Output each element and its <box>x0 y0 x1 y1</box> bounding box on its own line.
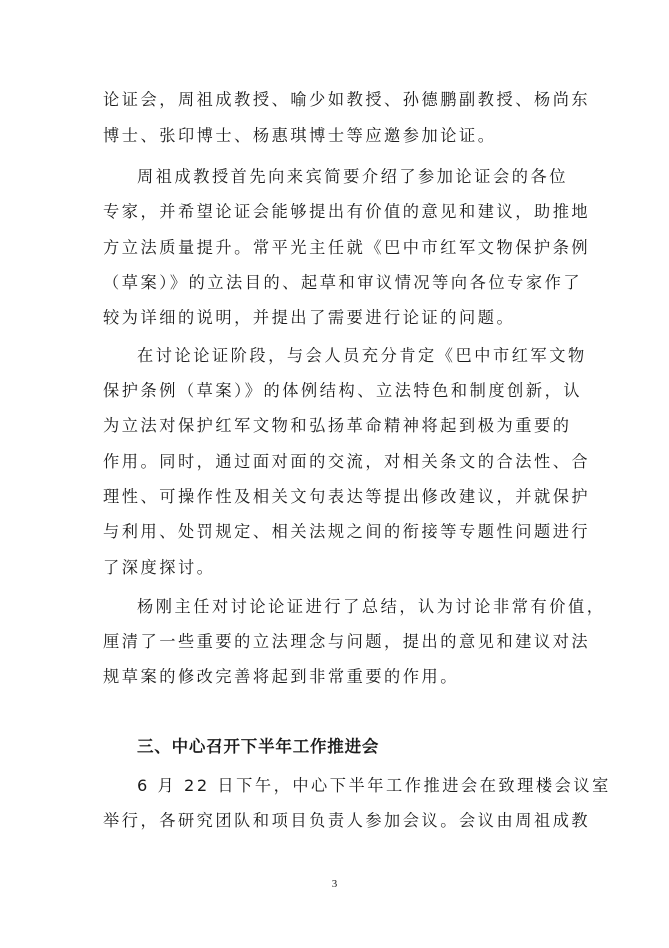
text-line: 举行，各研究团队和项目负责人参加会议。会议由周祖成教 <box>103 811 563 831</box>
text-line: 了深度探讨。 <box>103 558 563 578</box>
text-line: 杨刚主任对讨论论证进行了总结，认为讨论非常有价值， <box>137 597 597 617</box>
text-line: 博士、张印博士、杨惠琪博士等应邀参加论证。 <box>103 126 563 146</box>
text-line: 理性、可操作性及相关文句表达等提出修改建议，并就保护 <box>103 487 563 507</box>
text-line: 保护条例（草案）》的体例结构、立法特色和制度创新，认 <box>103 381 563 401</box>
document-page: 论证会，周祖成教授、喻少如教授、孙德鹏副教授、杨尚东博士、张印博士、杨惠琪博士等… <box>0 0 669 948</box>
text-line: 厘清了一些重要的立法理念与问题，提出的意见和建议对法 <box>103 632 563 652</box>
text-line: 规草案的修改完善将起到非常重要的作用。 <box>103 667 563 687</box>
page-number: 3 <box>0 878 669 890</box>
text-line: 与利用、处罚规定、相关法规之间的衔接等专题性问题进行 <box>103 522 563 542</box>
text-line: 6 月 22 日下午，中心下半年工作推进会在致理楼会议室 <box>137 776 597 796</box>
text-line: （草案）》的立法目的、起草和审议情况等向各位专家作了 <box>103 273 563 293</box>
text-line: 周祖成教授首先向来宾简要介绍了参加论证会的各位 <box>137 167 597 187</box>
text-line: 较为详细的说明，并提出了需要进行论证的问题。 <box>103 308 563 328</box>
text-line: 作用。同时，通过面对面的交流，对相关条文的合法性、合 <box>103 452 563 472</box>
text-line: 专家，并希望论证会能够提出有价值的意见和建议，助推地 <box>103 202 563 222</box>
text-line: 为立法对保护红军文物和弘扬革命精神将起到极为重要的 <box>103 416 563 436</box>
text-line: 方立法质量提升。常平光主任就《巴中市红军文物保护条例 <box>103 238 563 258</box>
text-line: 论证会，周祖成教授、喻少如教授、孙德鹏副教授、杨尚东 <box>103 90 563 110</box>
text-line: 在讨论论证阶段，与会人员充分肯定《巴中市红军文物 <box>137 346 597 366</box>
section-heading: 三、中心召开下半年工作推进会 <box>137 737 597 757</box>
